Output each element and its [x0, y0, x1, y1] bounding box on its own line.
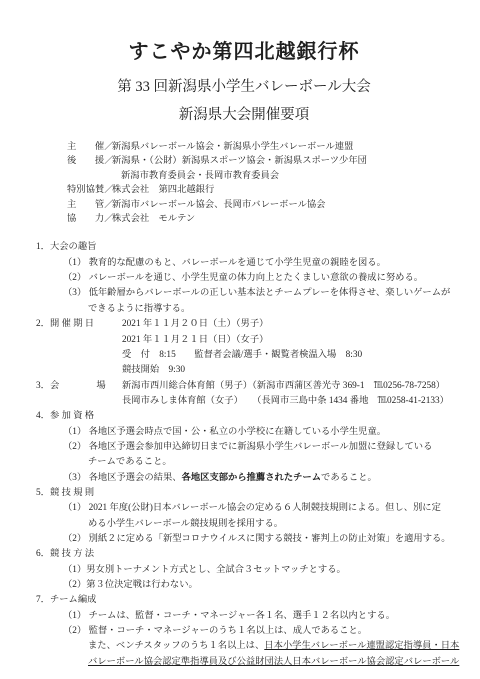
section-item-continuation: バレーボール協会認定準指導員及び公益財団法人日本バレーボール協会認定バレーボール	[88, 655, 452, 670]
section-heading: 6．競 技 方 法	[36, 547, 452, 562]
section-heading: 2．開 催 期 日	[36, 317, 122, 332]
item-text: であること。	[321, 473, 377, 483]
section-item: （2） 監督・コーチ・マネージャーのうち１名以上は、成人であること。	[63, 624, 452, 639]
section-item-continuation: できるように指導する。	[88, 302, 452, 317]
section-heading: 4．参 加 資 格	[36, 409, 452, 424]
section-item: （1） 2021 年度(公財)日本バレーボール協会の定める６人制競技規則による。…	[63, 501, 452, 516]
recommended-team-bold-text: 各地区支部から推薦されたチーム	[182, 473, 321, 483]
organizer-value: 新潟県・（公財）新潟県スポーツ協会・新潟県スポーツ少年団	[112, 156, 367, 166]
section-item-continuation: チームであること。	[88, 455, 452, 470]
section-item: （2） バレーボールを通じ、小学生児童の体力向上とたくましい意欲の養成に努める。	[63, 271, 452, 286]
section-format: 6．競 技 方 法 （1）男女別トーナメント方式とし、全試合３セットマッチとする…	[36, 547, 452, 593]
section-item: （3） 各地区予選会の結果、各地区支部から推薦されたチームであること。	[63, 471, 452, 486]
organizer-label: 協 力／	[67, 212, 112, 226]
start-time-line: 競技開始 9:30	[122, 363, 452, 378]
section-item: （3） 低年齢層からバレーボールの正しい基本法とチームプレーを体得させ、楽しいゲ…	[63, 286, 452, 301]
venue-line-girls: 長岡市みしま体育館（女子） （長岡市三島中条 1434 番地 ℡0258-41-…	[122, 394, 452, 409]
section-item: （1） 各地区予選会時点で国・公・私立の小学校に在籍している小学生児童。	[63, 425, 452, 440]
section-item: （2） 各地区予選会参加申込締切日までに新潟県小学生バレーボール加盟に登録してい…	[63, 440, 452, 455]
venue-line-boys: 新潟市西川総合体育館（男子）（新潟市西蒲区善光寺 369-1 ℡0256-78-…	[122, 381, 445, 391]
organizer-value: 株式会社 モルテン	[112, 214, 195, 224]
section-team: 7．チーム編成 （1） チームは、監督・コーチ・マネージャー各１名、選手１２名以…	[36, 593, 452, 670]
section-heading: 7．チーム編成	[36, 593, 452, 608]
organizer-row-support: 後 援／新潟県・（公財）新潟県スポーツ協会・新潟県スポーツ少年団	[67, 154, 452, 168]
organizer-row-cooperation: 協 力／株式会社 モルテン	[67, 212, 452, 226]
organizer-block: 主 催／新潟県バレーボール協会・新潟県小学生バレーボール連盟 後 援／新潟県・（…	[67, 140, 452, 226]
organizer-value: 新潟県バレーボール協会・新潟県小学生バレーボール連盟	[112, 142, 353, 152]
section-item: （2） 別紙２に定める「新型コロナウイルスに関する競技・審判上の防止対策」を適用…	[63, 532, 452, 547]
section-item-continuation: める小学生バレーボール競技規則を採用する。	[88, 517, 452, 532]
item-text: また、ベンチスタッフのうち１名以上は、	[88, 641, 264, 651]
organizer-row-special-sponsor: 特別協賛／株式会社 第四北越銀行	[67, 183, 452, 197]
certification-underlined-text: バレーボール協会認定準指導員及び公益財団法人日本バレーボール協会認定バレーボール	[88, 657, 459, 667]
document-subtitle: 第 33 回新潟県小学生バレーボール大会	[36, 78, 452, 96]
document-body: 1．大会の趣旨 （1） 教育的な配慮のもと、バレーボールを通じて小学生児童の親睦…	[36, 240, 452, 670]
date-line-boys: 2021 年１１月２０日（土）（男子）	[122, 319, 268, 329]
section-item: （1） チームは、監督・コーチ・マネージャー各１名、選手１２名以内とする。	[63, 609, 452, 624]
section-heading: 5．競 技 規 則	[36, 486, 452, 501]
organizer-row-management: 主 管／新潟市バレーボール協会、長岡市バレーボール協会	[67, 198, 452, 212]
organizer-row-host: 主 催／新潟県バレーボール協会・新潟県小学生バレーボール連盟	[67, 140, 452, 154]
section-item: （1） 教育的な配慮のもと、バレーボールを通じて小学生児童の親睦を図る。	[63, 256, 452, 271]
section-venue: 3．会 場新潟市西川総合体育館（男子）（新潟市西蒲区善光寺 369-1 ℡025…	[36, 379, 452, 410]
section-purpose: 1．大会の趣旨 （1） 教育的な配慮のもと、バレーボールを通じて小学生児童の親睦…	[36, 240, 452, 317]
organizer-row-support-cont: 新潟市教育委員会・長岡市教育委員会	[67, 169, 452, 183]
organizer-value: 新潟市バレーボール協会、長岡市バレーボール協会	[112, 200, 325, 210]
organizer-value: 株式会社 第四北越銀行	[112, 185, 214, 195]
reception-time-line: 受 付 8:15 監督者会議/選手・観覧者検温入場 8:30	[122, 348, 452, 363]
certification-underlined-text: 日本小学生バレーボール連盟認定指導員・日本	[264, 641, 459, 651]
section-heading: 1．大会の趣旨	[36, 240, 452, 255]
section-heading: 3．会 場	[36, 379, 122, 394]
organizer-label: 特別協賛／	[67, 183, 112, 197]
section-item-continuation: また、ベンチスタッフのうち１名以上は、日本小学生バレーボール連盟認定指導員・日本	[88, 639, 452, 654]
document-title: すこやか第四北越銀行杯	[36, 40, 452, 64]
section-eligibility: 4．参 加 資 格 （1） 各地区予選会時点で国・公・私立の小学校に在籍している…	[36, 409, 452, 486]
organizer-label: 後 援／	[67, 154, 112, 168]
organizer-label: 主 管／	[67, 198, 112, 212]
section-dates: 2．開 催 期 日2021 年１１月２０日（土）（男子） 2021 年１１月２１…	[36, 317, 452, 378]
section-item: （1）男女別トーナメント方式とし、全試合３セットマッチとする。	[63, 563, 452, 578]
document-type-heading: 新潟県大会開催要項	[36, 106, 452, 124]
date-line-girls: 2021 年１１月２１日（日）（女子）	[122, 333, 452, 348]
section-rules: 5．競 技 規 則 （1） 2021 年度(公財)日本バレーボール協会の定める６…	[36, 486, 452, 547]
section-item: （2）第３位決定戦は行わない。	[63, 578, 452, 593]
document-page: すこやか第四北越銀行杯 第 33 回新潟県小学生バレーボール大会 新潟県大会開催…	[0, 0, 480, 679]
item-text: （3） 各地区予選会の結果、	[63, 473, 182, 483]
section-heading-row: 2．開 催 期 日2021 年１１月２０日（土）（男子）	[36, 317, 452, 332]
organizer-label: 主 催／	[67, 140, 112, 154]
section-heading-row: 3．会 場新潟市西川総合体育館（男子）（新潟市西蒲区善光寺 369-1 ℡025…	[36, 379, 452, 394]
